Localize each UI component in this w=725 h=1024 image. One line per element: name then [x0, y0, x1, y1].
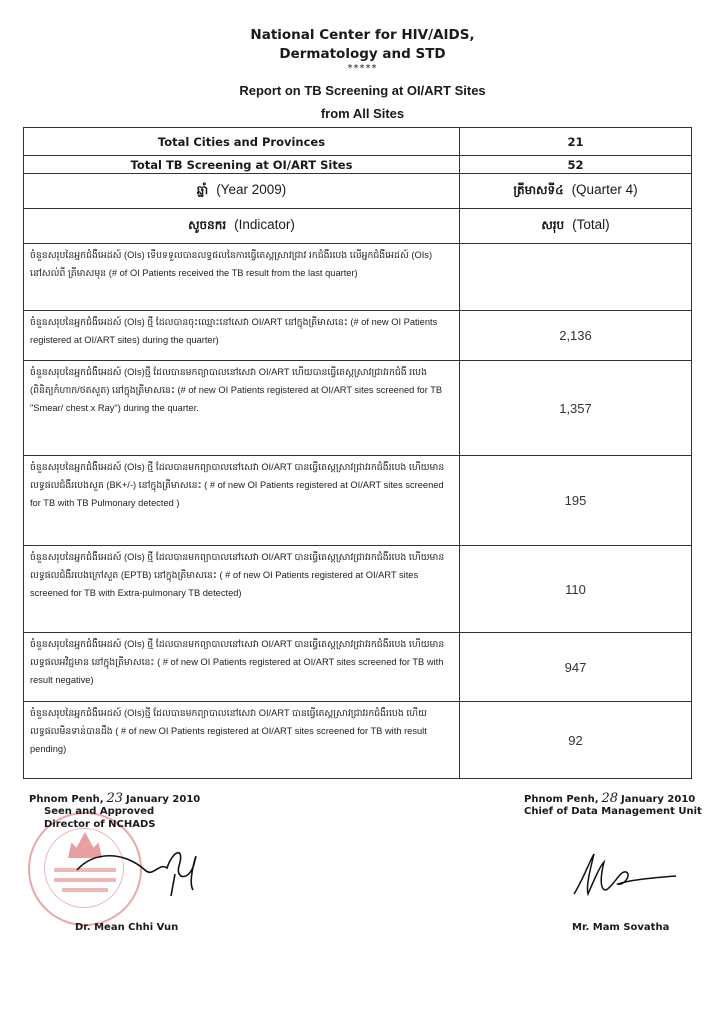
total-label: (Total) — [572, 217, 610, 232]
table-row: ចំនួនសរុបនៃអ្នកជំងឺអេដស៍ (OIs) ថ្មី ដែលប… — [24, 546, 692, 633]
left-city: Phnom Penh, — [29, 794, 104, 805]
indicator-khmer-text: ចំនួនសរុបនៃអ្នកជំងឺអេដស៍ (OIs) ថ្មី ដែលប… — [30, 317, 348, 327]
left-title-line: Director of NCHADS — [44, 818, 155, 831]
sites-label: Total TB Screening at OI/ART Sites — [24, 156, 460, 174]
indicator-cell: ចំនួនសរុបនៃអ្នកជំងឺអេដស៍ (OIs) ថ្មី ដែលប… — [24, 456, 460, 546]
year-cell: ឆ្នាំ(Year 2009) — [24, 174, 460, 209]
quarter-label: (Quarter 4) — [572, 182, 638, 197]
org-name-line2: Dermatology and STD — [0, 45, 725, 63]
left-date-line: Phnom Penh,23January 2010 — [29, 792, 200, 806]
right-title-line: Chief of Data Management Unit — [524, 805, 702, 818]
value-cell: 195 — [460, 456, 692, 546]
quarter-khmer: ត្រីមាសទី៤ — [513, 183, 563, 197]
value-cell: 947 — [460, 633, 692, 702]
indicator-label: (Indicator) — [234, 217, 295, 232]
cities-value: 21 — [460, 128, 692, 156]
separator-stars: ***** — [0, 63, 725, 74]
right-city: Phnom Penh, — [524, 794, 599, 805]
period-header-row: ឆ្នាំ(Year 2009) ត្រីមាសទី៤(Quarter 4) — [24, 174, 692, 209]
total-header: សរុប(Total) — [460, 209, 692, 244]
value-cell: 92 — [460, 702, 692, 779]
indicator-cell: ចំនួនសរុបនៃអ្នកជំងឺអេដស៍ (OIs)ថ្មី ដែលបា… — [24, 361, 460, 456]
column-header-row: សូចនករ(Indicator) សរុប(Total) — [24, 209, 692, 244]
indicator-khmer: សូចនករ — [188, 218, 226, 232]
quarter-cell: ត្រីមាសទី៤(Quarter 4) — [460, 174, 692, 209]
indicator-cell: ចំនួនសរុបនៃអ្នកជំងឺអេដស៍ (OIs) ទើបទទួលបា… — [24, 244, 460, 311]
right-signatory-name: Mr. Mam Sovatha — [572, 921, 669, 934]
report-subtitle: from All Sites — [0, 106, 725, 121]
cities-label: Total Cities and Provinces — [24, 128, 460, 156]
table-row: ចំនួនសរុបនៃអ្នកជំងឺអេដស៍ (OIs) ថ្មី ដែលប… — [24, 633, 692, 702]
right-signature-icon — [570, 850, 680, 900]
year-khmer: ឆ្នាំ — [197, 183, 208, 197]
indicator-cell: ចំនួនសរុបនៃអ្នកជំងឺអេដស៍ (OIs) ថ្មី ដែលប… — [24, 546, 460, 633]
value-cell: 110 — [460, 546, 692, 633]
right-month-year: January 2010 — [621, 794, 695, 805]
value-cell — [460, 244, 692, 311]
table-row: ចំនួនសរុបនៃអ្នកជំងឺអេដស៍ (OIs) ថ្មី ដែលប… — [24, 456, 692, 546]
org-name-line1: National Center for HIV/AIDS, — [0, 26, 725, 44]
right-date-line: Phnom Penh,28January 2010 — [524, 792, 695, 806]
right-day-handwritten: 28 — [602, 791, 619, 806]
table-row: ចំនួនសរុបនៃអ្នកជំងឺអេដស៍ (OIs) ថ្មី ដែលប… — [24, 311, 692, 361]
summary-row-cities: Total Cities and Provinces 21 — [24, 128, 692, 156]
table-row: ចំនួនសរុបនៃអ្នកជំងឺអេដស៍ (OIs)ថ្មី ដែលបា… — [24, 702, 692, 779]
indicator-cell: ចំនួនសរុបនៃអ្នកជំងឺអេដស៍ (OIs) ថ្មី ដែលប… — [24, 633, 460, 702]
report-table: Total Cities and Provinces 21 Total TB S… — [23, 127, 692, 779]
report-title: Report on TB Screening at OI/ART Sites — [0, 83, 725, 98]
indicator-header: សូចនករ(Indicator) — [24, 209, 460, 244]
value-cell: 1,357 — [460, 361, 692, 456]
year-label: (Year 2009) — [216, 182, 286, 197]
left-approval-line: Seen and Approved — [44, 805, 154, 818]
indicator-english-text: (# of OI Patients received the TB result… — [109, 268, 358, 278]
indicator-cell: ចំនួនសរុបនៃអ្នកជំងឺអេដស៍ (OIs)ថ្មី ដែលបា… — [24, 702, 460, 779]
left-signature-icon — [75, 840, 205, 900]
indicator-cell: ចំនួនសរុបនៃអ្នកជំងឺអេដស៍ (OIs) ថ្មី ដែលប… — [24, 311, 460, 361]
value-cell: 2,136 — [460, 311, 692, 361]
left-day-handwritten: 23 — [107, 791, 124, 806]
sites-value: 52 — [460, 156, 692, 174]
total-khmer: សរុប — [541, 218, 564, 232]
left-month-year: January 2010 — [126, 794, 200, 805]
table-row: ចំនួនសរុបនៃអ្នកជំងឺអេដស៍ (OIs)ថ្មី ដែលបា… — [24, 361, 692, 456]
table-row: ចំនួនសរុបនៃអ្នកជំងឺអេដស៍ (OIs) ទើបទទួលបា… — [24, 244, 692, 311]
summary-row-sites: Total TB Screening at OI/ART Sites 52 — [24, 156, 692, 174]
left-signatory-name: Dr. Mean Chhi Vun — [75, 921, 178, 934]
